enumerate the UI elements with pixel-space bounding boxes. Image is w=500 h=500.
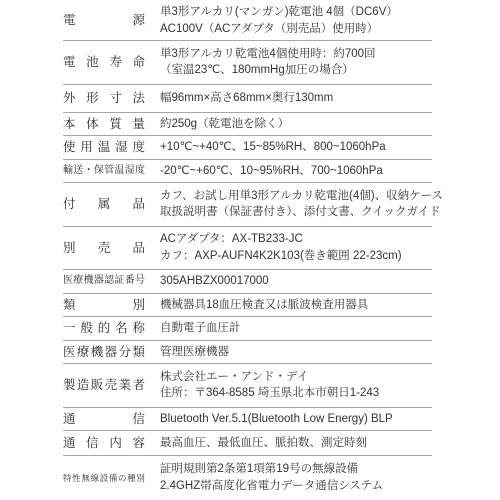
spec-value: Bluetooth Ver.5.1(Bluetooth Low Energy) … bbox=[160, 411, 393, 428]
spec-value: 株式会社エー・アンド・デイ住所：〒364-8585 埼玉県北本市朝日1-243 bbox=[160, 369, 379, 402]
spec-label: 使用温湿度 bbox=[63, 141, 145, 154]
spec-row: 本体質量約250g（乾電池を除く） bbox=[63, 113, 432, 137]
spec-row: 通信内容最高血圧、最低血圧、脈拍数、測定時刻 bbox=[63, 431, 432, 456]
spec-value-line: 305AHBZX00017000 bbox=[160, 273, 269, 290]
spec-value-line: 約250g（乾電池を除く） bbox=[160, 116, 289, 133]
spec-label: 一般的名称 bbox=[63, 322, 145, 335]
spec-value-line: 取扱説明書（保証書付き）、添付文書、クイックガイド bbox=[160, 204, 443, 221]
spec-value-line: 2.4GHZ帯高度化省電力データ通信システム bbox=[160, 478, 383, 495]
spec-label: 電池寿命 bbox=[63, 56, 145, 69]
spec-label: 電源 bbox=[63, 14, 145, 27]
spec-value: 管理医療機器 bbox=[160, 344, 229, 361]
spec-row: 一般的名称自動電子血圧計 bbox=[63, 317, 432, 341]
spec-row: 医療機器認証番号305AHBZX00017000 bbox=[63, 270, 432, 294]
spec-label: 外形寸法 bbox=[63, 92, 145, 105]
spec-label: 通信 bbox=[63, 413, 145, 426]
spec-value: 最高血圧、最低血圧、脈拍数、測定時刻 bbox=[160, 435, 367, 452]
spec-row: 別売品ACアダプタ：AX-TB233-JCカフ：AXP-AUFN4K2K103(… bbox=[63, 227, 432, 271]
spec-row: 輸送・保管温湿度-20℃~+60℃、10~95%RH、700~1060hPa bbox=[63, 160, 432, 184]
spec-value-line: 機械器具18血圧検査又は脈波検査用器具 bbox=[160, 297, 368, 314]
spec-label: 医療機器分類 bbox=[63, 346, 145, 359]
spec-value: -20℃~+60℃、10~95%RH、700~1060hPa bbox=[160, 163, 383, 180]
spec-label: 製造販売業者 bbox=[63, 379, 145, 392]
spec-value-line: 証明規則第2条第1項第19号の無線設備 bbox=[160, 461, 383, 478]
spec-value-line: -20℃~+60℃、10~95%RH、700~1060hPa bbox=[160, 163, 383, 180]
spec-value: 単3形アルカリ乾電池4個使用時：約700回（室温23℃、180mmHg加圧の場合… bbox=[160, 46, 376, 79]
spec-value: 305AHBZX00017000 bbox=[160, 273, 269, 290]
spec-table: 電源単3形アルカリ(マンガン)乾電池 4個（DC6V）AC100V（ACアダプタ… bbox=[63, 1, 432, 500]
spec-row: 外形寸法幅96mm×高さ68mm×奥行130mm bbox=[63, 85, 432, 113]
spec-label: 本体質量 bbox=[63, 118, 145, 131]
spec-value-line: 単3形アルカリ乾電池4個使用時：約700回 bbox=[160, 46, 376, 63]
spec-label: 特性無線設備の種別 bbox=[63, 474, 145, 483]
spec-value-line: ACアダプタ：AX-TB233-JC bbox=[160, 231, 402, 248]
spec-value-line: 管理医療機器 bbox=[160, 344, 229, 361]
spec-value-line: 自動電子血圧計 bbox=[160, 320, 241, 337]
spec-value-line: 幅96mm×高さ68mm×奥行130mm bbox=[160, 90, 333, 107]
spec-value: 証明規則第2条第1項第19号の無線設備2.4GHZ帯高度化省電力データ通信システ… bbox=[160, 461, 383, 494]
spec-value: カフ、お試し用単3形アルカリ乾電池(4個)、収納ケース取扱説明書（保証書付き）、… bbox=[160, 188, 443, 221]
spec-row: 使用温湿度+10℃~+40℃、15~85%RH、800~1060hPa bbox=[63, 136, 432, 160]
spec-row: 製造販売業者株式会社エー・アンド・デイ住所：〒364-8585 埼玉県北本市朝日… bbox=[63, 364, 432, 408]
spec-value-line: 最高血圧、最低血圧、脈拍数、測定時刻 bbox=[160, 435, 367, 452]
spec-value-line: 単3形アルカリ(マンガン)乾電池 4個（DC6V） bbox=[160, 4, 398, 21]
spec-value-line: AC100V（ACアダプタ（別売品）使用時） bbox=[160, 21, 398, 38]
spec-row: 特性無線設備の種別証明規則第2条第1項第19号の無線設備2.4GHZ帯高度化省電… bbox=[63, 456, 432, 500]
spec-value: 幅96mm×高さ68mm×奥行130mm bbox=[160, 90, 333, 107]
spec-value: ACアダプタ：AX-TB233-JCカフ：AXP-AUFN4K2K103(巻き範… bbox=[160, 231, 402, 264]
spec-label: 輸送・保管温湿度 bbox=[63, 166, 145, 176]
spec-row: 電源単3形アルカリ(マンガン)乾電池 4個（DC6V）AC100V（ACアダプタ… bbox=[63, 1, 432, 41]
spec-value-line: カフ：AXP-AUFN4K2K103(巻き範囲 22-23cm) bbox=[160, 248, 402, 265]
spec-value: 機械器具18血圧検査又は脈波検査用器具 bbox=[160, 297, 368, 314]
spec-row: 通信Bluetooth Ver.5.1(Bluetooth Low Energy… bbox=[63, 408, 432, 432]
spec-value-line: 株式会社エー・アンド・デイ bbox=[160, 369, 379, 386]
spec-value-line: 住所：〒364-8585 埼玉県北本市朝日1-243 bbox=[160, 385, 379, 402]
spec-value-line: +10℃~+40℃、15~85%RH、800~1060hPa bbox=[160, 139, 386, 156]
spec-label: 医療機器認証番号 bbox=[63, 276, 145, 286]
spec-label: 付属品 bbox=[63, 198, 145, 211]
spec-value: 自動電子血圧計 bbox=[160, 320, 241, 337]
spec-value: 単3形アルカリ(マンガン)乾電池 4個（DC6V）AC100V（ACアダプタ（別… bbox=[160, 4, 398, 37]
spec-value-line: （室温23℃、180mmHg加圧の場合） bbox=[160, 62, 376, 79]
spec-row: 電池寿命単3形アルカリ乾電池4個使用時：約700回（室温23℃、180mmHg加… bbox=[63, 41, 432, 85]
spec-row: 付属品カフ、お試し用単3形アルカリ乾電池(4個)、収納ケース取扱説明書（保証書付… bbox=[63, 183, 432, 227]
spec-row: 医療機器分類管理医療機器 bbox=[63, 341, 432, 365]
spec-value-line: Bluetooth Ver.5.1(Bluetooth Low Energy) … bbox=[160, 411, 393, 428]
spec-label: 類別 bbox=[63, 299, 145, 312]
spec-value: 約250g（乾電池を除く） bbox=[160, 116, 289, 133]
spec-label: 別売品 bbox=[63, 242, 145, 255]
spec-row: 類別機械器具18血圧検査又は脈波検査用器具 bbox=[63, 294, 432, 318]
spec-label: 通信内容 bbox=[63, 437, 145, 450]
spec-value-line: カフ、お試し用単3形アルカリ乾電池(4個)、収納ケース bbox=[160, 188, 443, 205]
spec-value: +10℃~+40℃、15~85%RH、800~1060hPa bbox=[160, 139, 386, 156]
